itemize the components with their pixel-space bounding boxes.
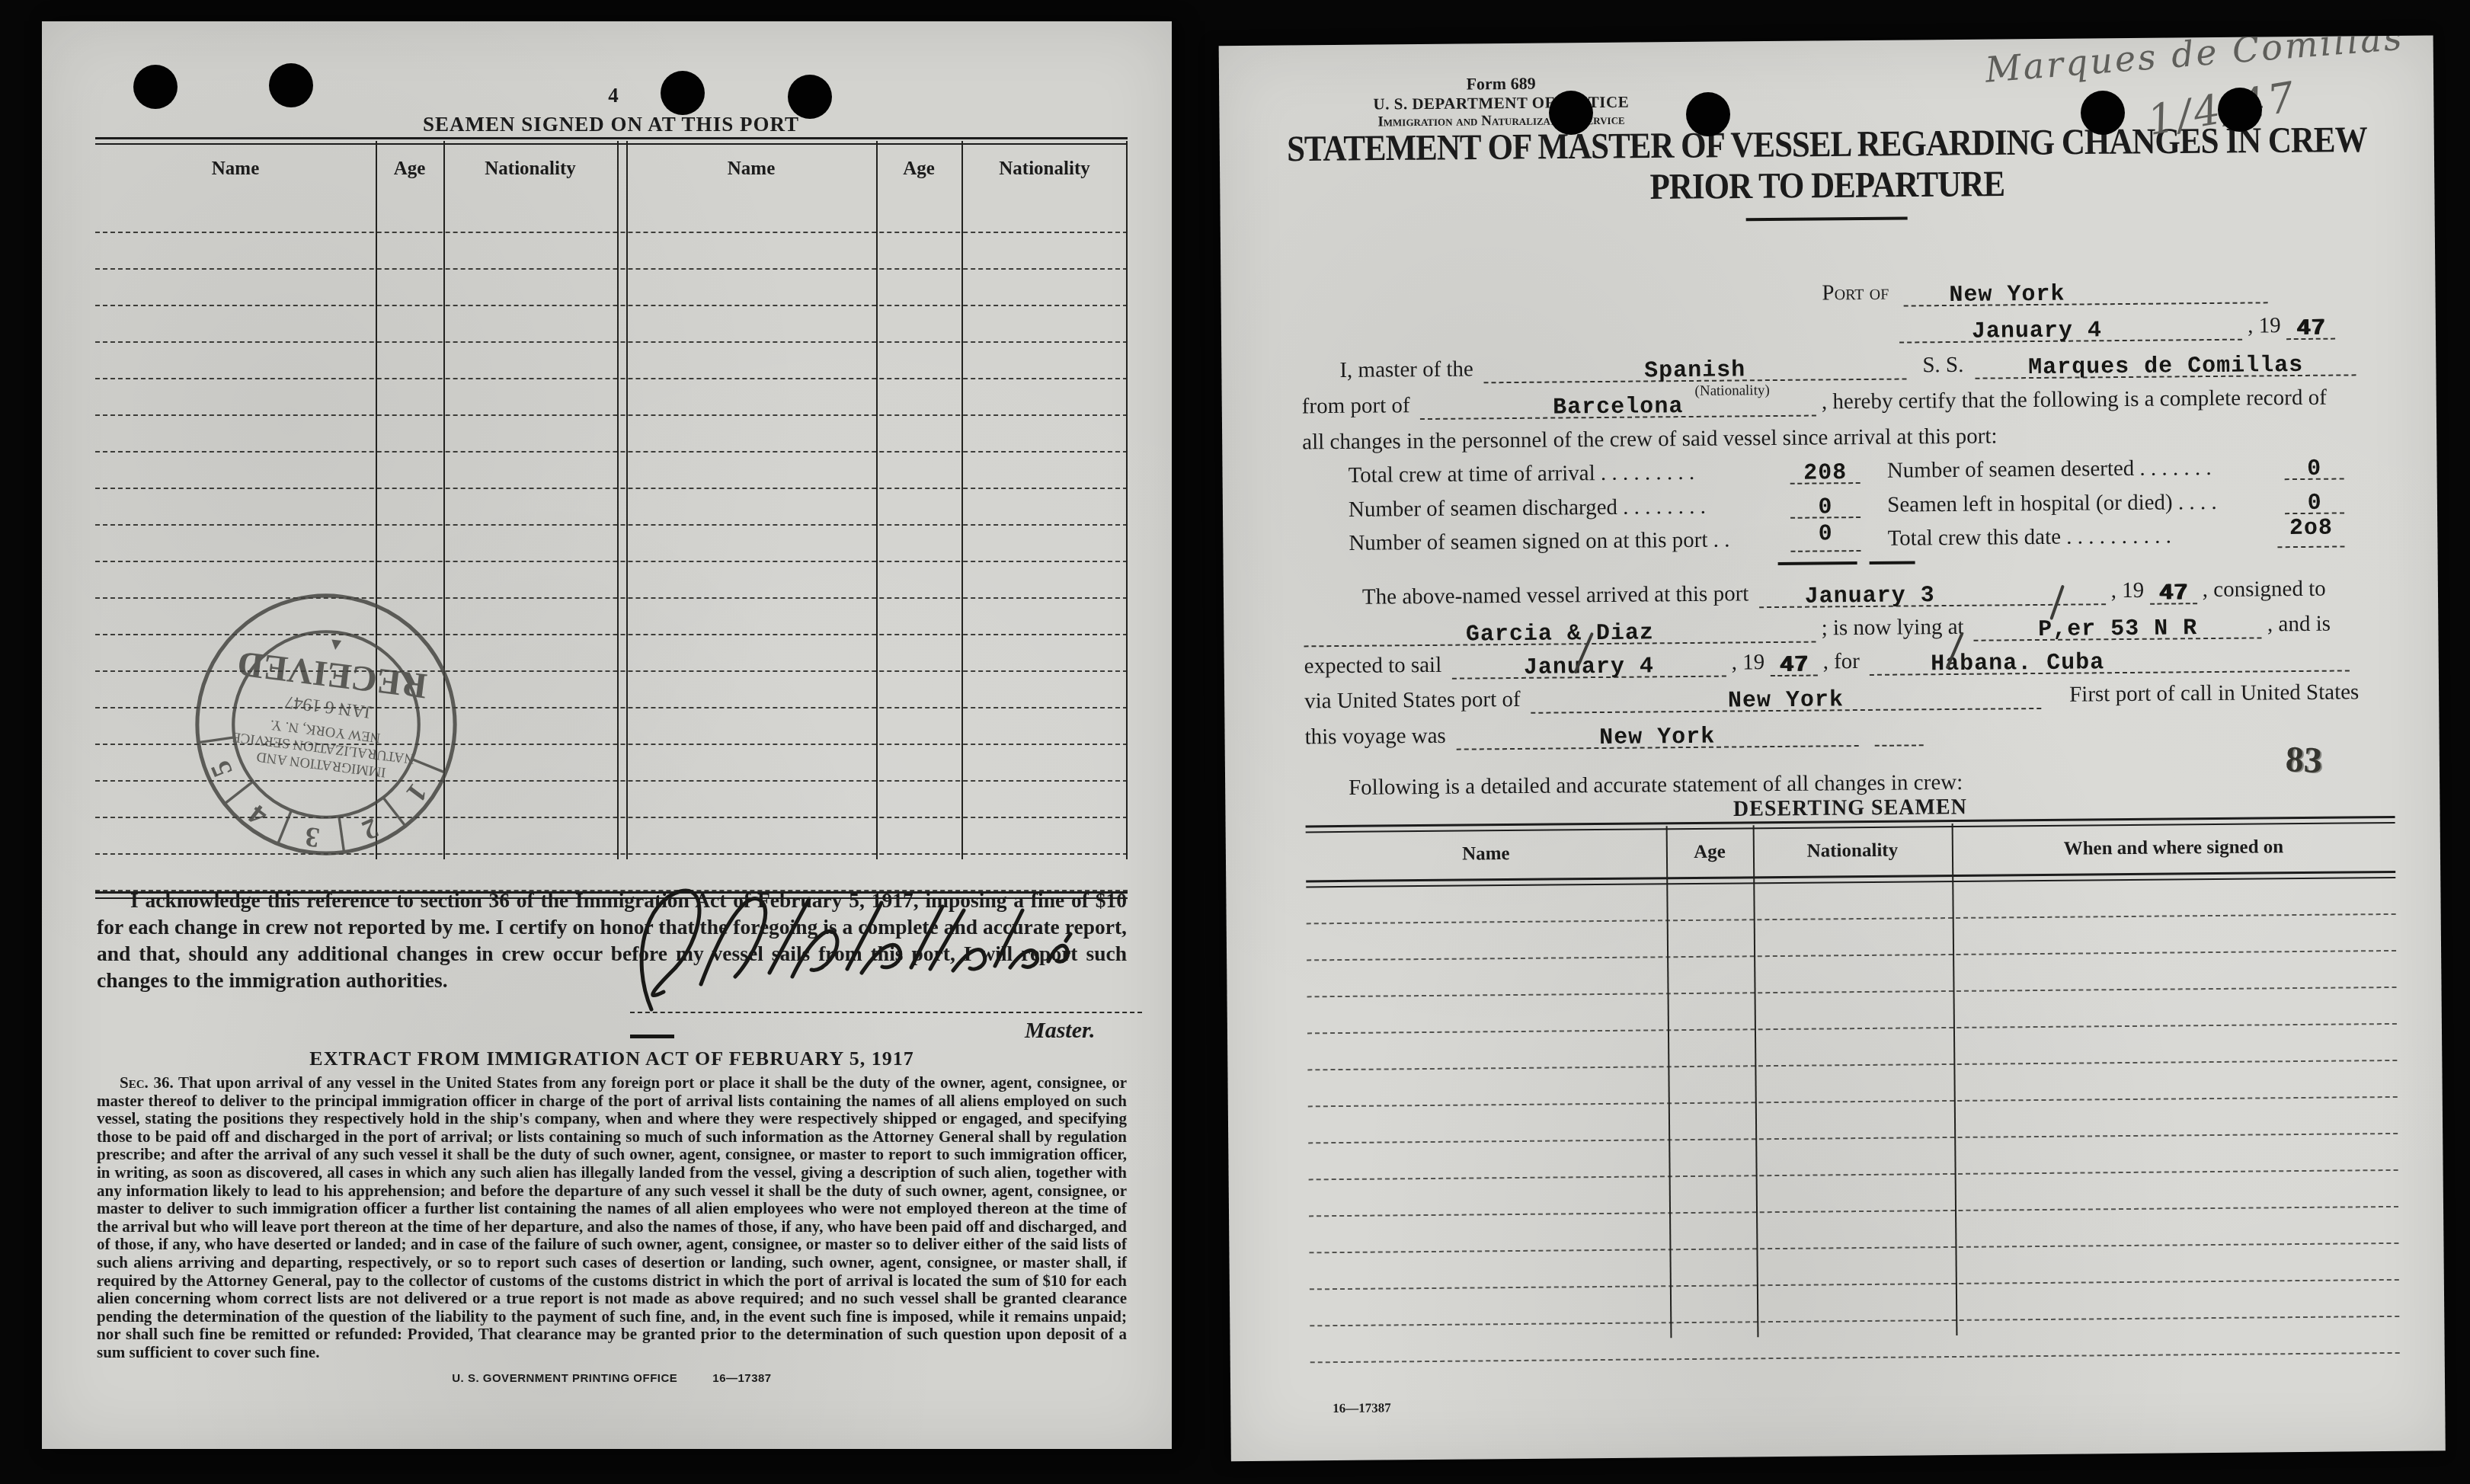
via-port-field: New York [1531,685,2041,714]
punch-hole [1549,91,1593,135]
table-row [95,197,1128,233]
stat-total-arrival: Total crew at time of arrival . . . . . … [1348,459,1860,488]
column-divider [876,141,878,859]
section-label: Sec. 36. [120,1073,174,1092]
col-header-nationality: Nationality [1753,840,1952,862]
port-line: Port of New York [1822,274,2267,307]
col-header-name: Name [95,158,376,180]
master-label: Master. [1025,1018,1096,1044]
stats-rule [1778,561,1857,565]
for-label: , for [1822,649,1860,673]
stats-row-3: Number of seamen signed on at this port … [1349,522,2344,555]
table-row [95,306,1128,343]
col-header-name-2: Name [626,158,876,180]
date-year-field: 47 [2286,315,2335,341]
voyage-field-extra [1874,744,1923,747]
stat-value: 2o8 [2277,517,2344,540]
sail-date-field: January 4 [1451,653,1726,680]
from-port-post: , hereby certify that the following is a… [1822,385,2327,414]
table-header-row: Name Age Nationality Name Age Nationalit… [95,145,1128,197]
table-row [95,489,1128,526]
table-row [95,233,1128,270]
right-page: Marques de Comillas 1/4/47 Form 689 U. S… [1219,35,2446,1461]
col-header-nationality-2: Nationality [961,158,1128,180]
document-title-line2: PRIOR TO DEPARTURE [1265,160,2388,212]
via-port-value: New York [1531,687,2041,715]
col-header-signed-on: When and where signed on [1952,836,2395,861]
arrival-line-3: expected to sail January 4 , 19 47 , for… [1304,642,2350,680]
signature-underline-mark [630,1035,674,1038]
all-changes-line: all changes in the personnel of the crew… [1302,421,1998,456]
stat-value: 0 [1790,523,1860,546]
arrival-pre: The above-named vessel arrived at this p… [1362,581,1749,609]
left-page-title: SEAMEN SIGNED ON AT THIS PORT [97,113,1125,136]
table-row [95,416,1128,453]
extract-body: Sec. 36. That upon arrival of any vessel… [97,1074,1127,1362]
table-row [95,270,1128,306]
and-is-label: , and is [2267,612,2331,637]
form-footer-number: 16—17387 [1333,1400,1391,1416]
stat-value: 0 [2285,491,2344,515]
via-port-label: via United States port of [1304,687,1521,713]
from-port-value: Barcelona [1420,395,1816,421]
punch-hole [2218,88,2262,132]
consignee-value: Garcia & Diaz [1304,621,1816,648]
master-signature [629,868,1154,1017]
column-divider [961,141,963,859]
table-top-rule [95,137,1128,145]
intro-pre: I, master of the [1339,357,1473,382]
col-header-nationality: Nationality [443,158,617,180]
punch-hole [2081,91,2125,135]
arrival-date-field: January 3 [1758,580,2105,608]
arrival-year-prefix: , 19 [2111,578,2145,603]
table-row [95,343,1128,379]
stat-field: 0 [2285,489,2344,514]
stat-discharged: Number of seamen discharged . . . . . . … [1349,493,1860,523]
punch-hole [269,63,313,107]
voyage-label: this voyage was [1304,724,1446,750]
received-stamp: 1 2 3 4 5 IMMIGRATION AND NATURALIZATION… [168,567,485,883]
destination-field: Habana. Cuba [1870,647,2350,675]
punch-hole [133,65,178,109]
table-body [1306,878,2399,1363]
expected-sail-label: expected to sail [1304,653,1442,679]
gpo-footer: U. S. GOVERNMENT PRINTING OFFICE16—17387 [97,1372,1127,1385]
stat-deserted: Number of seamen deserted . . . . . . . … [1887,454,2344,483]
sail-year-prefix: , 19 [1731,650,1765,674]
from-port-field: Barcelona [1420,392,1816,421]
stat-field: 0 [2285,455,2344,480]
table-row [95,526,1128,562]
center-double-divider [626,141,628,859]
arrival-line-5: this voyage was New York [1304,717,1923,751]
arrival-line-2: Garcia & Diaz ; is now lying at P,er 53 … [1304,609,2331,648]
stat-label: Number of seamen discharged . . . . . . … [1349,494,1706,523]
stamp-number: 1 [400,778,434,808]
date-field: January 4 [1899,316,2242,344]
col-header-age: Age [376,158,443,180]
pier-field: P,er 53 N R [1974,614,2262,641]
gpo-label: U. S. GOVERNMENT PRINTING OFFICE [452,1372,677,1385]
destination-value: Habana. Cuba [1870,649,2350,676]
punch-hole [1686,92,1730,136]
date-year-prefix: , 19 [2248,313,2281,337]
ss-label: S. S. [1922,353,1963,377]
port-label: Port of [1822,280,1889,305]
table-header-row: Name Age Nationality When and where sign… [1306,824,2395,880]
vessel-name-field: Marques de Comillas [1976,351,2356,379]
stamp-number: 5 [205,756,239,781]
extract-title: EXTRACT FROM IMMIGRATION ACT OF FEBRUARY… [97,1047,1127,1070]
stat-hospital: Seamen left in hospital (or died) . . . … [1887,488,2344,517]
stats-rule-2 [1870,561,1915,564]
arrival-post: , consigned to [2203,577,2326,602]
center-double-divider [617,141,619,859]
col-header-name: Name [1306,842,1666,866]
date-value: January 4 [1899,318,2242,344]
arrival-year-field: 47 [2149,580,2196,605]
stat-value: 0 [2285,457,2344,481]
stat-field: 0 [1790,527,1860,552]
stamp-number: 2 [357,811,382,846]
table-row [95,453,1128,489]
punch-hole [661,71,705,115]
from-port-line: from port of Barcelona , hereby certify … [1302,383,2327,421]
section-text: That upon arrival of any vessel in the U… [97,1073,1127,1361]
pier-value: P,er 53 N R [1974,616,2262,641]
pencil-page-number: 83 [2285,738,2323,782]
stamp-pointer-icon: ▲ [326,635,345,656]
stat-label: Number of seamen signed on at this port … [1349,528,1729,556]
left-page: 4 SEAMEN SIGNED ON AT THIS PORT Name Age… [42,21,1172,1449]
stamp-number: 4 [243,798,274,832]
page-number: 4 [560,84,667,107]
gpo-number: 16—17387 [712,1372,771,1385]
arrival-line-4: via United States port of New York First… [1304,677,2359,715]
port-value: New York [1903,281,2267,307]
col-header-age-2: Age [876,158,961,180]
stat-label: Total crew at time of arrival . . . . . … [1348,460,1694,488]
title-rule [1746,216,1908,221]
first-port-label: First port of call in United States [2069,680,2359,706]
sail-year-field: 47 [1770,652,1817,677]
stat-value: 208 [1790,462,1860,485]
stat-field: 2o8 [2277,523,2344,548]
stat-signed-on: Number of seamen signed on at this port … [1349,526,1860,556]
sail-year-value: 47 [1770,654,1817,678]
lying-at-label: ; is now lying at [1821,615,1963,641]
master-intro-line: I, master of the Spanish S. S. Marques d… [1339,347,2356,385]
date-year-value: 47 [2286,318,2335,341]
port-field: New York [1903,279,2267,306]
scanned-document: 4 SEAMEN SIGNED ON AT THIS PORT Name Age… [0,0,2470,1484]
stat-field: 208 [1790,459,1860,485]
arrival-date-value: January 3 [1758,583,2105,609]
table-right-edge [1126,141,1128,859]
stat-label: Seamen left in hospital (or died) . . . … [1887,490,2217,518]
voyage-field: New York [1456,722,1858,750]
stats-row-1: Total crew at time of arrival . . . . . … [1348,454,2344,488]
vessel-name-value: Marques de Comillas [1976,353,2356,379]
from-port-label: from port of [1302,393,1410,418]
table-row [95,379,1128,416]
sail-date-value: January 4 [1451,655,1726,680]
stats-row-2: Number of seamen discharged . . . . . . … [1349,488,2344,522]
handwritten-vessel-name: Marques de Comillas [1984,35,2406,90]
stat-value: 0 [1790,496,1860,520]
arrival-year-value: 47 [2149,582,2196,606]
consignee-field: Garcia & Diaz [1304,619,1816,648]
nationality-value: Spanish [1483,357,1906,384]
deserting-seamen-table: Name Age Nationality When and where sign… [1306,816,2400,1363]
date-line: January 4 , 19 47 [1899,311,2335,344]
stat-total-date: Total crew this date . . . . . . . . . .… [1887,522,2344,551]
punch-hole [788,75,832,119]
nationality-field: Spanish [1483,355,1906,383]
stat-label: Number of seamen deserted . . . . . . . [1887,456,2212,484]
arrival-line-1: The above-named vessel arrived at this p… [1362,574,2326,612]
col-header-age: Age [1666,841,1753,863]
stamp-number: 3 [303,820,321,853]
stat-field: 0 [1790,494,1860,519]
voyage-value: New York [1456,724,1858,751]
stat-label: Total crew this date . . . . . . . . . . [1887,523,2171,551]
form-heading-block: Form 689 U. S. DEPARTMENT OF JUSTICE Imm… [1318,72,1685,131]
